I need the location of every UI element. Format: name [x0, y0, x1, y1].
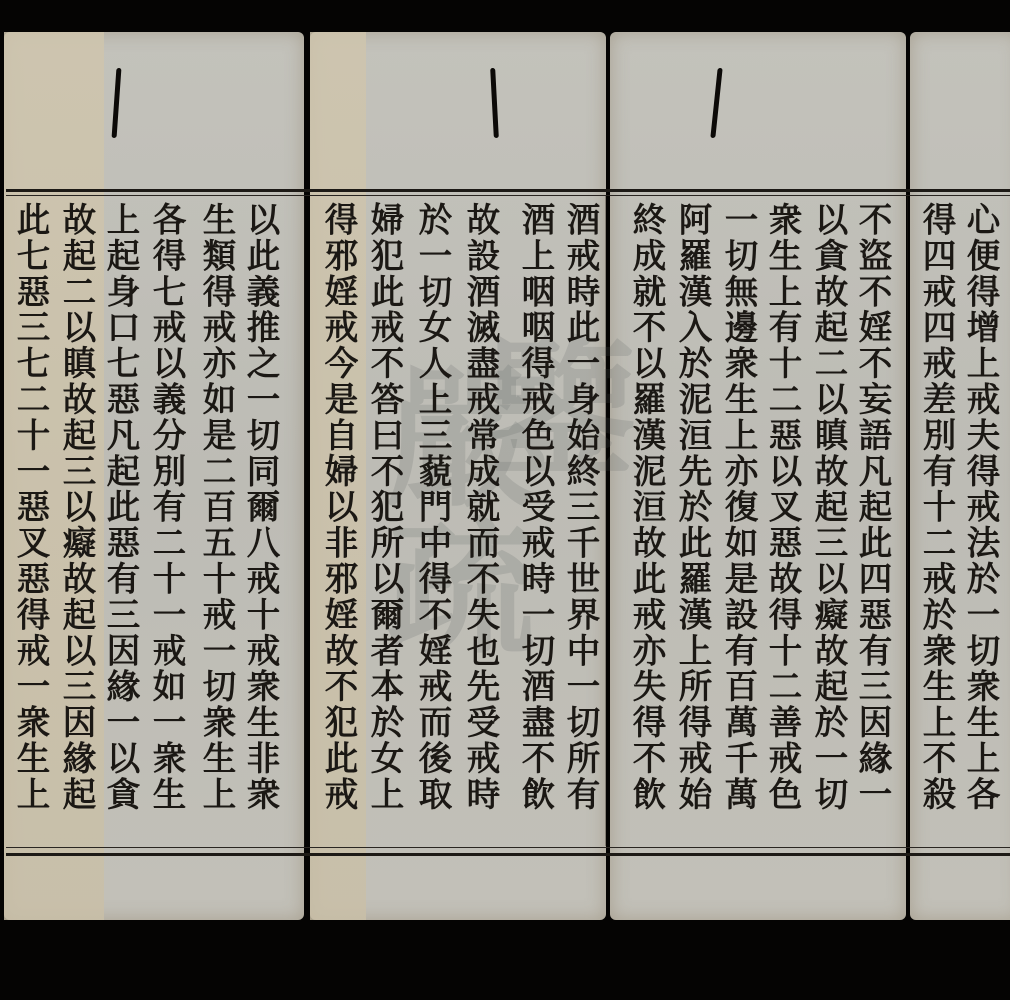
- column-divider: [304, 196, 305, 846]
- text-column-6: 一切無邊衆生上亦復如是設有百萬千萬: [718, 196, 758, 852]
- text-column-10: 酒上咽咽得戒色以受戒時一切酒盡不飲: [515, 196, 555, 852]
- text-column-14: 得邪婬戒今是自婦以非邪婬故不犯此戒: [318, 196, 358, 852]
- wormhole-damage: [490, 68, 499, 138]
- text-column-1: 心便得增上戒夫得戒法於一切衆生上各: [960, 196, 1000, 852]
- top-border-rule: [6, 189, 1010, 192]
- text-column-5: 衆生上有十二惡以叉惡故得十二善戒色: [762, 196, 802, 852]
- text-column-20: 此七惡三七二十一惡叉惡得戒一衆生上: [10, 196, 50, 852]
- text-column-15: 以此義推之一切同爾八戒十戒衆生非衆: [240, 196, 280, 852]
- text-column-12: 於一切女人上三藐門中得不婬戒而後取: [412, 196, 452, 852]
- column-divider: [907, 196, 908, 846]
- text-column-16: 生類得戒亦如是二百五十戒一切衆生上: [196, 196, 236, 852]
- text-column-8: 終成就不以羅漢泥洹故此戒亦失得不飲: [626, 196, 666, 852]
- text-column-4: 以貪故起二以瞋故起三以癡故起於一切: [808, 196, 848, 852]
- text-column-11: 故設酒滅盡戒常成就而不失也先受戒時: [460, 196, 500, 852]
- text-column-7: 阿羅漢入於泥洹先於此羅漢上所得戒始: [672, 196, 712, 852]
- column-divider: [605, 196, 606, 846]
- text-column-9: 酒戒時此一身始終三千世界中一切所有: [560, 196, 600, 852]
- text-column-19: 故起二以瞋故起三以癡故起以三因緣起: [56, 196, 96, 852]
- wormhole-damage: [710, 68, 722, 138]
- text-column-17: 各得七戒以義分別有二十一戒如一衆生: [146, 196, 186, 852]
- text-column-2: 得四戒四戒差別有十二戒於衆生上不殺: [916, 196, 956, 852]
- bottom-border-rule: [6, 853, 1010, 856]
- text-column-13: 婦犯此戒不答曰不犯所以爾者本於女上: [364, 196, 404, 852]
- wormhole-damage: [112, 68, 122, 138]
- text-column-3: 不盜不婬不妄語凡起此四惡有三因緣一: [852, 196, 892, 852]
- text-column-18: 上起身口七惡凡起此惡有三因緣一以貪: [100, 196, 140, 852]
